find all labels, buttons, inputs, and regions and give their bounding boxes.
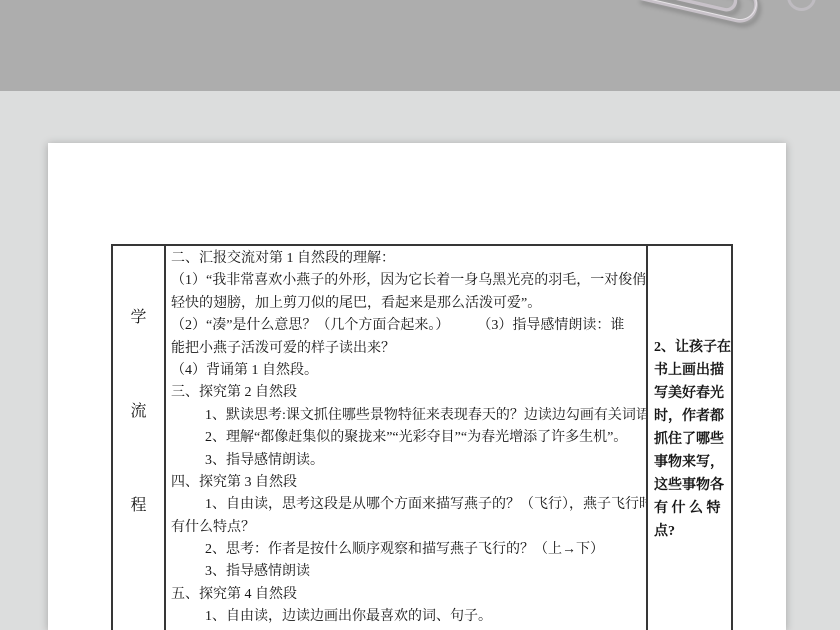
- side-note-line: 点?: [654, 520, 728, 543]
- doc-line: 3、指导感情朗读。: [171, 450, 646, 472]
- doc-line: （1）“我非常喜欢小燕子的外形，因为它长着一身乌黑光亮的羽毛，一对俊俏: [171, 270, 646, 292]
- doc-line: 3、指导感情朗读: [171, 561, 646, 583]
- doc-line: （4）背诵第 1 自然段。: [171, 360, 646, 382]
- document-page: 学流程 二、汇报交流对第 1 自然段的理解：（1）“我非常喜欢小燕子的外形，因为…: [48, 143, 786, 630]
- side-note-line: 事物来写，: [654, 451, 728, 474]
- doc-line: 有什么特点？: [171, 517, 646, 539]
- process-label-char: 程: [130, 497, 146, 514]
- doc-line: 1、默读思考:课文抓住哪些景物特征来表现春天的？边读边勾画有关词语。: [171, 405, 646, 427]
- table-cell-side-note: 2、让孩子在书上画出描写美好春光时，作者都抓住了哪些事物来写，这些事物各有 什 …: [648, 246, 731, 630]
- lesson-plan-table: 学流程 二、汇报交流对第 1 自然段的理解：（1）“我非常喜欢小燕子的外形，因为…: [111, 244, 733, 630]
- table-cell-main-content: 二、汇报交流对第 1 自然段的理解：（1）“我非常喜欢小燕子的外形，因为它长着一…: [166, 246, 648, 630]
- process-label-char: 学: [130, 309, 146, 326]
- side-note-line: 这些事物各: [654, 474, 728, 497]
- side-note-line: 有 什 么 特: [654, 497, 728, 520]
- side-note-line: 书上画出描: [654, 359, 728, 382]
- document-preview-canvas: 学流程 二、汇报交流对第 1 自然段的理解：（1）“我非常喜欢小燕子的外形，因为…: [0, 0, 840, 630]
- doc-line: 能把小燕子活泼可爱的样子读出来？: [171, 338, 646, 360]
- side-note-line: 2、让孩子在: [654, 336, 728, 359]
- top-gray-band: [0, 0, 840, 91]
- side-note-line: 抓住了哪些: [654, 428, 728, 451]
- doc-line: 三、探究第 2 自然段: [171, 382, 646, 404]
- doc-line: 1、自由读，边读边画出你最喜欢的词、句子。: [171, 606, 646, 628]
- doc-line: 四、探究第 3 自然段: [171, 472, 646, 494]
- process-label-char: 流: [130, 403, 146, 420]
- doc-line: 二、汇报交流对第 1 自然段的理解：: [171, 248, 646, 270]
- table-cell-process-label: 学流程: [113, 246, 166, 630]
- doc-line: 2、理解“都像赶集似的聚拢来”“光彩夺目”“为春光增添了许多生机”。: [171, 427, 646, 449]
- doc-line: 轻快的翅膀，加上剪刀似的尾巴，看起来是那么活泼可爱”。: [171, 293, 646, 315]
- doc-line: 五、探究第 4 自然段: [171, 584, 646, 606]
- doc-line: 1、自由读，思考这段是从哪个方面来描写燕子的？（飞行），燕子飞行时: [171, 494, 646, 516]
- side-note-line: 时，作者都: [654, 405, 728, 428]
- side-note-line: 写美好春光: [654, 382, 728, 405]
- doc-line: 2、思考：作者是按什么顺序观察和描写燕子飞行的？（上→下）: [171, 539, 646, 561]
- doc-line: （2）“凑”是什么意思？（几个方面合起来。） （3）指导感情朗读：谁: [171, 315, 646, 337]
